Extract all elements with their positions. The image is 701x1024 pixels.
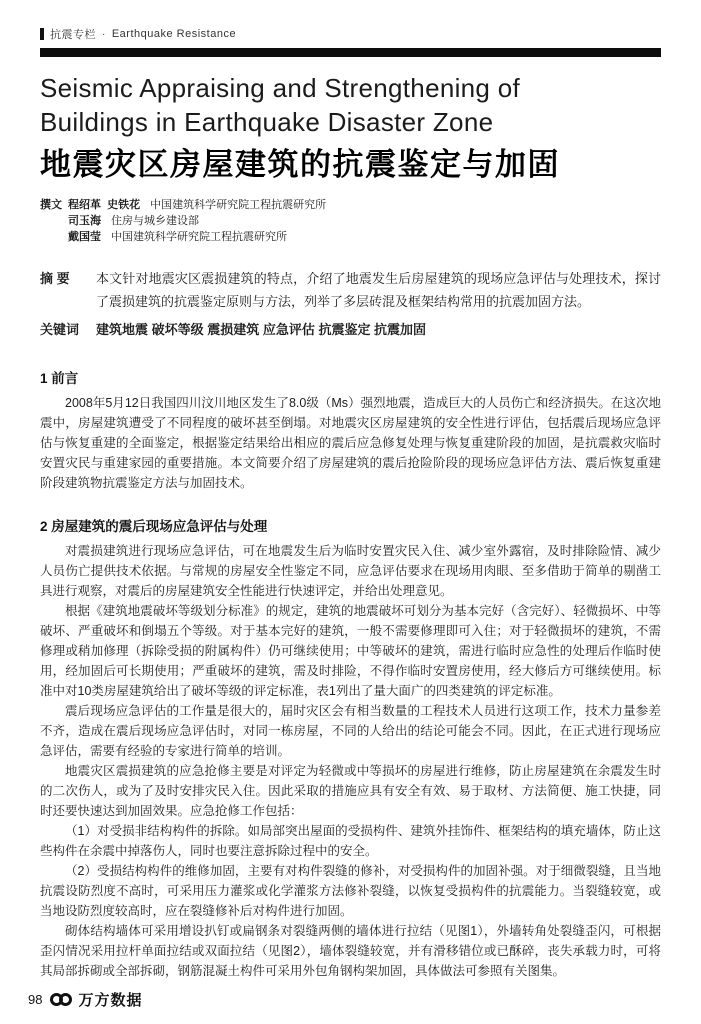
wanfang-logo-icon: [50, 992, 76, 1007]
paragraph: 砌体结构墙体可采用增设扒钉或扁钢条对裂缝两侧的墙体进行拉结（见图1），外墙转角处…: [40, 921, 661, 981]
section-heading-2: 2 房屋建筑的震后现场应急评估与处理: [40, 515, 661, 535]
author-row: 戴国莹 中国建筑科学研究院工程抗震研究所: [40, 229, 661, 245]
column-label-zh: 抗震专栏: [50, 26, 96, 42]
column-label-en: Earthquake Resistance: [112, 28, 236, 40]
author-row: 司玉海 住房与城乡建设部: [40, 213, 661, 229]
page-footer: 98 万方数据: [28, 989, 142, 1010]
paragraph: （2）受损结构构件的维修加固，主要有对构件裂缝的修补，对受损构件的加固补强。对于…: [40, 861, 661, 921]
author-name: 戴国莹: [68, 229, 101, 245]
paragraph: 根据《建筑地震破坏等级划分标准》的规定，建筑的地震破坏可划分为基本完好（含完好）…: [40, 601, 661, 701]
author-block: 撰文 程绍革 史铁花 中国建筑科学研究院工程抗震研究所 司玉海 住房与城乡建设部…: [40, 197, 661, 245]
header-rule: [40, 48, 661, 57]
wanfang-logo-text: 万方数据: [78, 989, 142, 1010]
paragraph: 2008年5月12日我国四川汶川地区发生了8.0级（Ms）强烈地震，造成巨大的人…: [40, 393, 661, 493]
author-name: 司玉海: [68, 213, 101, 229]
paragraph: 对震损建筑进行现场应急评估，可在地震发生后为临时安置灾民入住、减少室外露宿，及时…: [40, 541, 661, 601]
paragraph: （1）对受损非结构构件的拆除。如局部突出屋面的受损构件、建筑外挂饰件、框架结构的…: [40, 821, 661, 861]
title-english-line1: Seismic Appraising and Strengthening of: [40, 73, 520, 103]
keywords-text: 建筑地震 破坏等级 震损建筑 应急评估 抗震鉴定 抗震加固: [96, 319, 426, 341]
author-label: 撰文: [40, 197, 68, 213]
abstract: 摘 要 本文针对地震灾区震损建筑的特点，介绍了地震发生后房屋建筑的现场应急评估与…: [40, 267, 661, 313]
abstract-text: 本文针对地震灾区震损建筑的特点，介绍了地震发生后房屋建筑的现场应急评估与处理技术…: [96, 267, 661, 313]
article-page: 抗震专栏 · Earthquake Resistance Seismic App…: [0, 0, 701, 1024]
title-chinese: 地震灾区房屋建筑的抗震鉴定与加固: [40, 145, 661, 185]
title-english: Seismic Appraising and Strengthening of …: [40, 71, 661, 139]
paragraph: 地震灾区震损建筑的应急抢修主要是对评定为轻微或中等损坏的房屋进行维修，防止房屋建…: [40, 761, 661, 821]
section-heading-1: 1 前言: [40, 367, 661, 387]
author-row: 撰文 程绍革 史铁花 中国建筑科学研究院工程抗震研究所: [40, 197, 661, 213]
keywords-label: 关键词: [40, 319, 96, 341]
keywords: 关键词 建筑地震 破坏等级 震损建筑 应急评估 抗震鉴定 抗震加固: [40, 319, 661, 341]
abstract-label: 摘 要: [40, 267, 96, 313]
author-name: 程绍革 史铁花: [68, 197, 140, 213]
column-separator: ·: [102, 29, 106, 40]
column-header: 抗震专栏 · Earthquake Resistance: [40, 26, 661, 42]
header-marker-icon: [40, 28, 44, 40]
author-affiliation: 住房与城乡建设部: [111, 213, 199, 229]
title-english-line2: Buildings in Earthquake Disaster Zone: [40, 107, 493, 137]
paragraph: 震后现场应急评估的工作量是很大的，届时灾区会有相当数量的工程技术人员进行这项工作…: [40, 701, 661, 761]
page-number: 98: [28, 992, 42, 1007]
author-affiliation: 中国建筑科学研究院工程抗震研究所: [150, 197, 326, 213]
author-affiliation: 中国建筑科学研究院工程抗震研究所: [111, 229, 287, 245]
